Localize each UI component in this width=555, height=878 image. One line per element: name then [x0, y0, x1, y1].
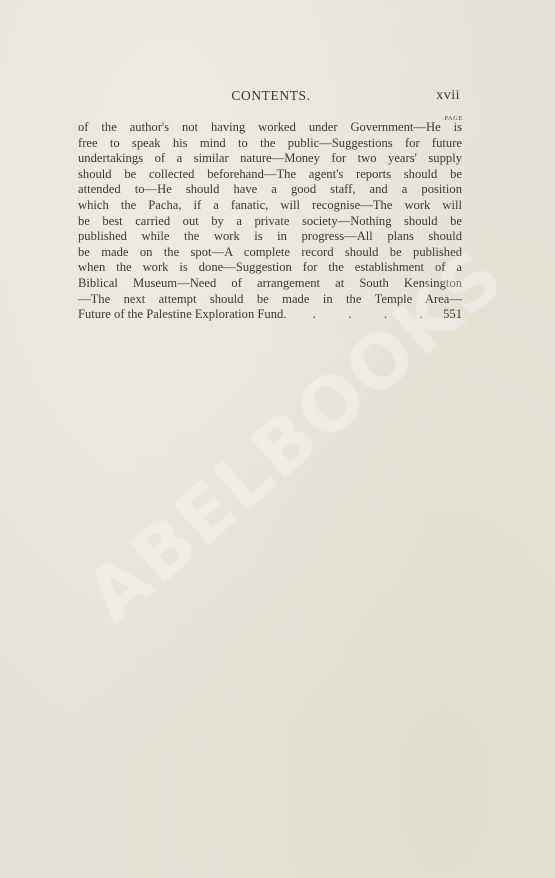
- entry-page-number: 551: [443, 307, 462, 323]
- leader-dots: . . . .: [286, 307, 443, 323]
- entry-line: which the Pacha, if a fanatic, will reco…: [78, 198, 462, 214]
- entry-line: be best carried out by a private society…: [78, 214, 462, 230]
- entry-line: —The next attempt should be made in the …: [78, 292, 462, 308]
- entry-line: be made on the spot—A complete record sh…: [78, 245, 462, 261]
- entry-line: undertakings of a similar nature—Money f…: [78, 151, 462, 167]
- leader-dot: .: [348, 307, 351, 323]
- leader-dot: .: [384, 307, 387, 323]
- entry-line: Biblical Museum—Need of arrangement at S…: [78, 276, 462, 292]
- entry-last-line-text: Future of the Palestine Exploration Fund…: [78, 307, 286, 323]
- running-title: CONTENTS.: [78, 88, 464, 104]
- entry-line: when the work is done—Suggestion for the…: [78, 260, 462, 276]
- entry-last-line: Future of the Palestine Exploration Fund…: [78, 307, 462, 323]
- book-page: CONTENTS. xvii PAGE of the author's not …: [0, 0, 555, 878]
- folio-page-number: xvii: [436, 88, 460, 104]
- leader-dot: .: [420, 307, 423, 323]
- entry-line: published while the work is in progress—…: [78, 229, 462, 245]
- leader-dot: .: [313, 307, 316, 323]
- entry-line: attended to—He should have a good staff,…: [78, 182, 462, 198]
- entry-line: should be collected beforehand—The agent…: [78, 167, 462, 183]
- contents-entry: of the author's not having worked under …: [78, 120, 462, 323]
- entry-line: free to speak his mind to the public—Sug…: [78, 136, 462, 152]
- entry-line: of the author's not having worked under …: [78, 120, 462, 136]
- running-head: CONTENTS. xvii: [78, 88, 464, 108]
